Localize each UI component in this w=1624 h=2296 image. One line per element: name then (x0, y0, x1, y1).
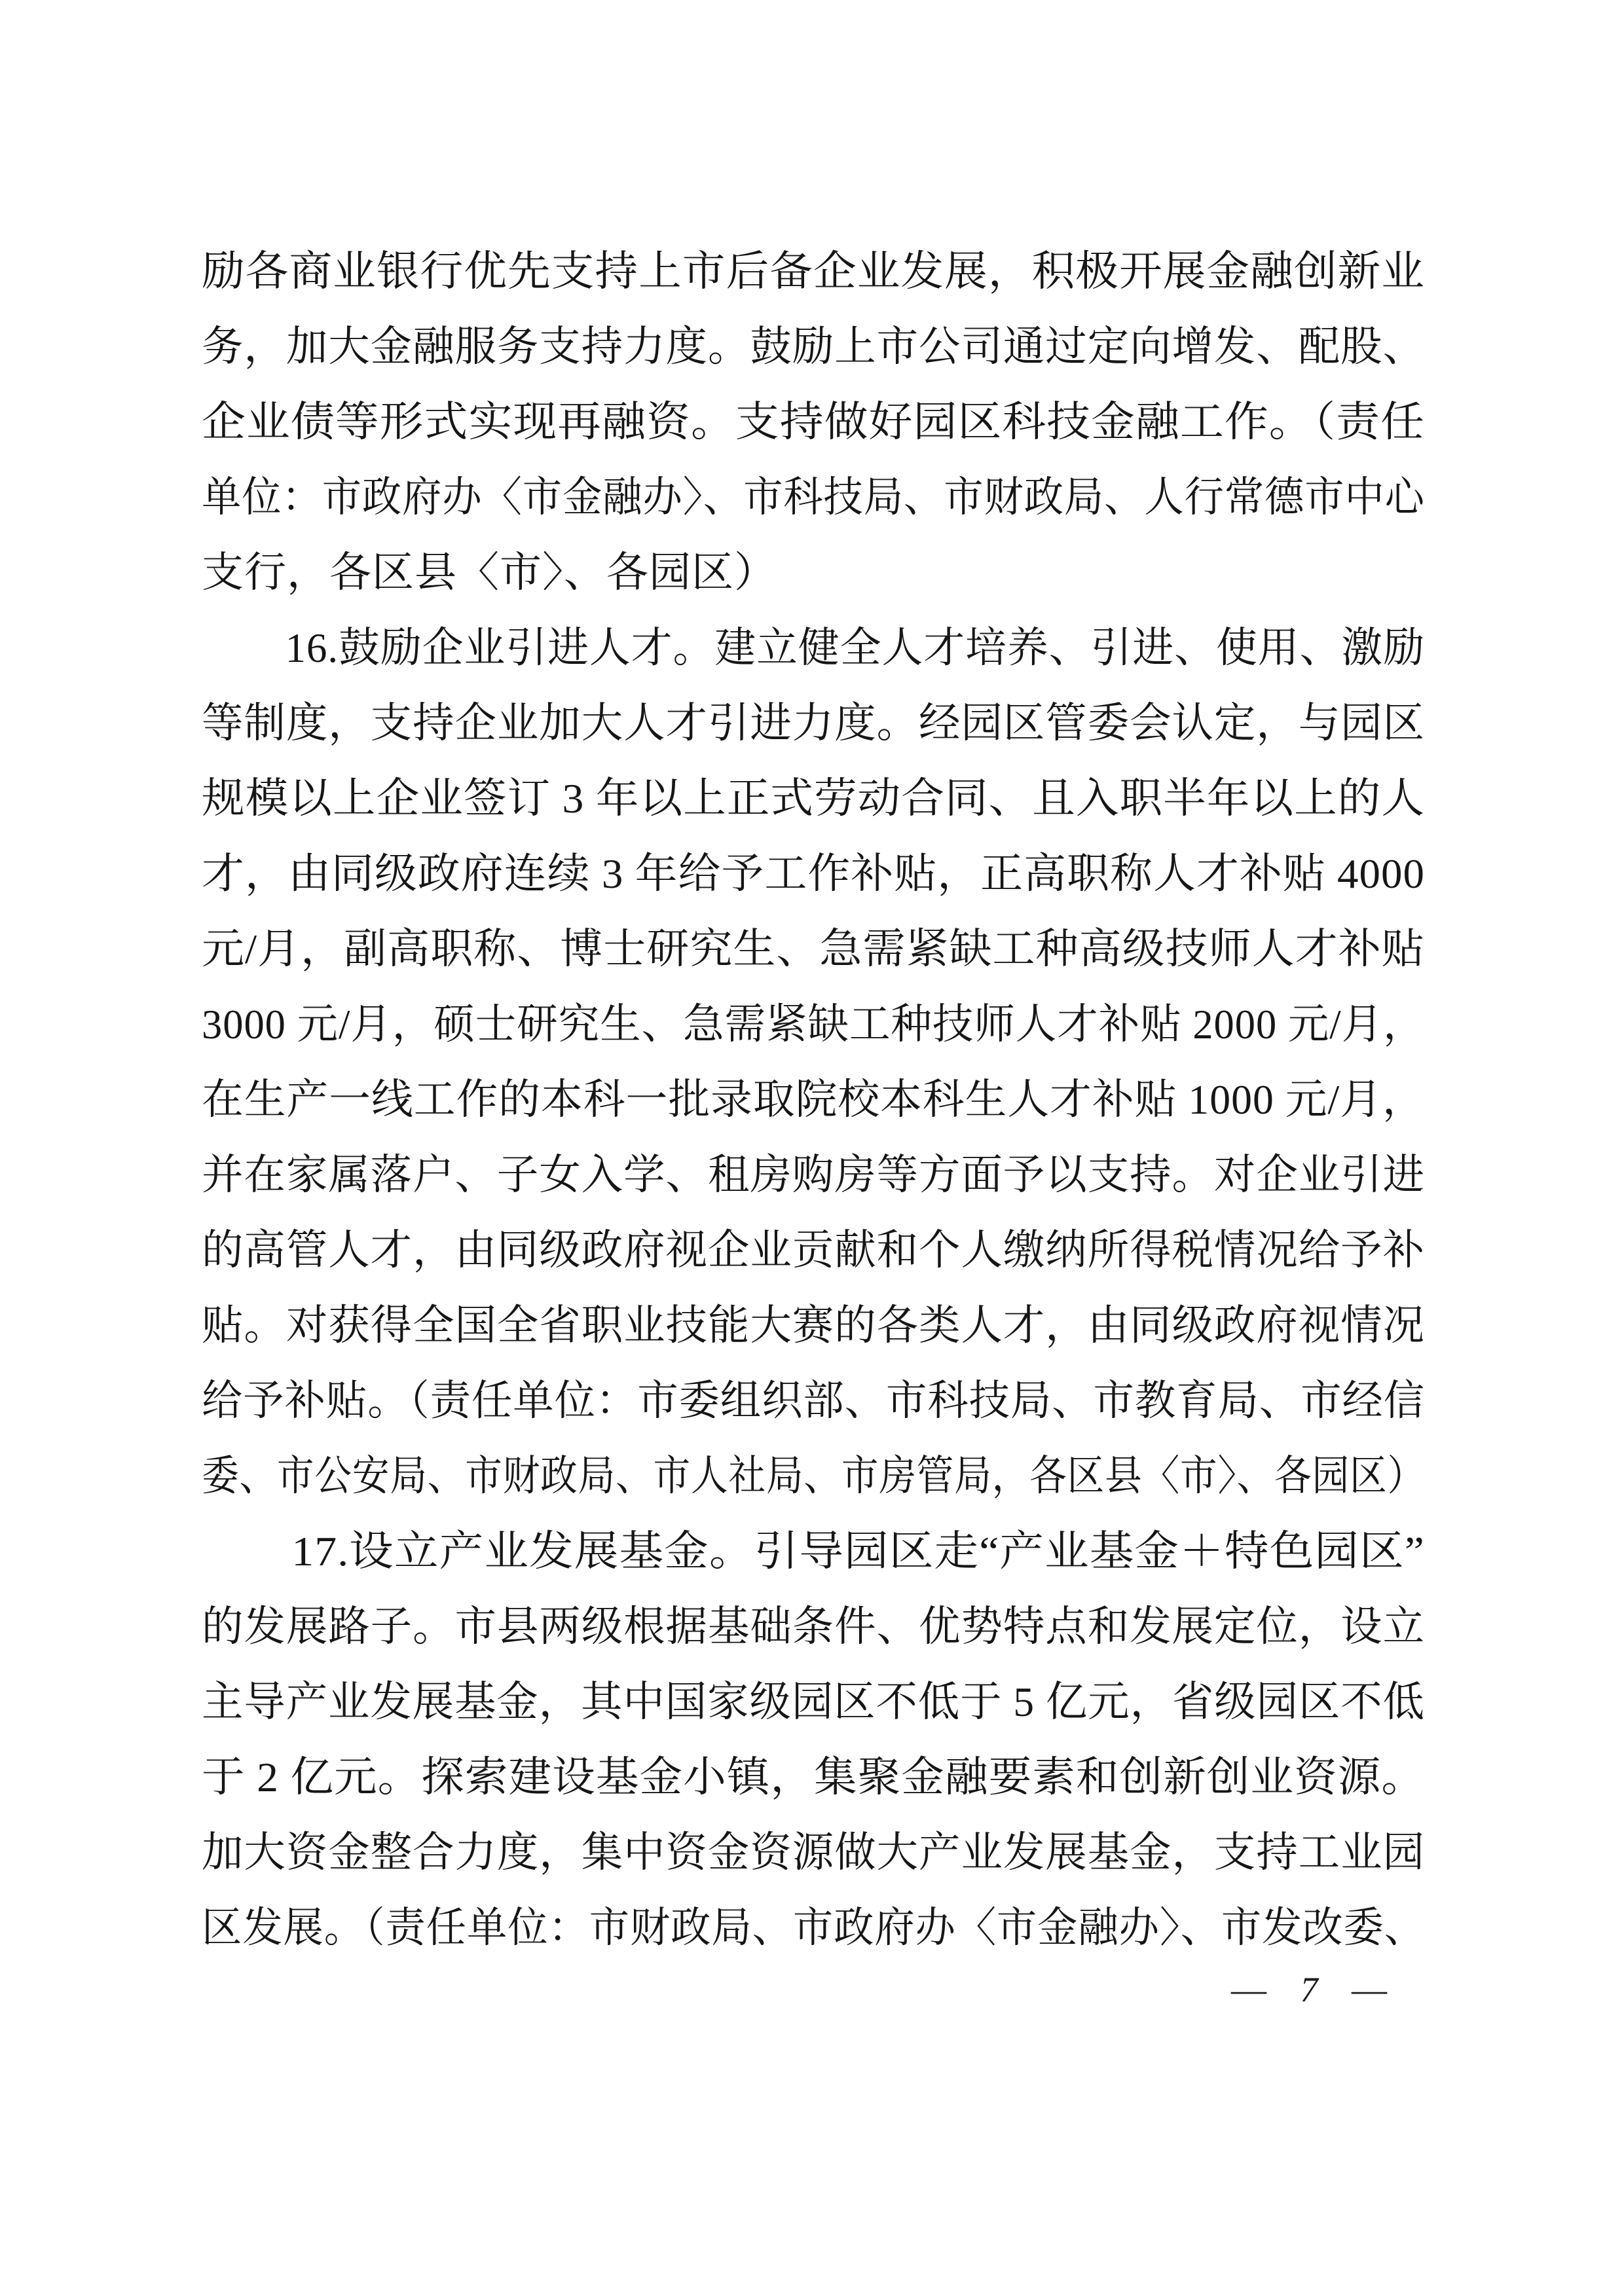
page-number: — 7 — (1231, 1960, 1387, 2019)
text-line: 委、市公安局、市财政局、市人社局、市房管局，各区县〈市〉、各园区） (202, 1438, 1425, 1514)
text-line: 等制度，支持企业加大人才引进力度。经园区管委会认定，与园区 (202, 685, 1425, 761)
text-line: 并在家属落户、子女入学、租房购房等方面予以支持。对企业引进 (202, 1137, 1425, 1212)
text-line: 16.鼓励企业引进人才。建立健全人才培养、引进、使用、激励 (202, 610, 1425, 685)
text-line: 支行，各区县〈市〉、各园区） (202, 535, 1425, 610)
text-line: 务，加大金融服务支持力度。鼓励上市公司通过定向增发、配股、 (202, 309, 1425, 384)
text-line: 贴。对获得全国全省职业技能大赛的各类人才，由同级政府视情况 (202, 1288, 1425, 1363)
text-line: 于 2 亿元。探索建设基金小镇，集聚金融要素和创新创业资源。 (202, 1740, 1425, 1815)
text-line: 17.设立产业发展基金。引导园区走“产业基金＋特色园区” (202, 1514, 1425, 1589)
text-line: 加大资金整合力度，集中资金资源做大产业发展基金，支持工业园 (202, 1815, 1425, 1890)
text-line: 元/月，副高职称、博士研究生、急需紧缺工种高级技师人才补贴 (202, 911, 1425, 987)
text-line: 主导产业发展基金，其中国家级园区不低于 5 亿元，省级园区不低 (202, 1664, 1425, 1740)
page-number-dash-left: — (1231, 1969, 1266, 2010)
document-page: 励各商业银行优先支持上市后备企业发展，积极开展金融创新业务，加大金融服务支持力度… (0, 0, 1624, 2296)
text-line: 单位：市政府办〈市金融办〉、市科技局、市财政局、人行常德市中心 (202, 460, 1425, 535)
text-line: 给予补贴。（责任单位：市委组织部、市科技局、市教育局、市经信 (202, 1363, 1425, 1438)
text-line: 规模以上企业签订 3 年以上正式劳动合同、且入职半年以上的人 (202, 761, 1425, 836)
text-line: 区发展。（责任单位：市财政局、市政府办〈市金融办〉、市发改委、 (202, 1890, 1425, 1965)
text-line: 在生产一线工作的本科一批录取院校本科生人才补贴 1000 元/月， (202, 1062, 1425, 1137)
text-line: 才，由同级政府连续 3 年给予工作补贴，正高职称人才补贴 4000 (202, 836, 1425, 911)
body-text: 励各商业银行优先支持上市后备企业发展，积极开展金融创新业务，加大金融服务支持力度… (202, 234, 1425, 1965)
page-number-dash-right: — (1352, 1969, 1387, 2010)
page-number-value: 7 (1301, 1969, 1318, 2010)
text-line: 的发展路子。市县两级根据基础条件、优势特点和发展定位，设立 (202, 1589, 1425, 1664)
text-line: 励各商业银行优先支持上市后备企业发展，积极开展金融创新业 (202, 234, 1425, 309)
text-line: 3000 元/月，硕士研究生、急需紧缺工种技师人才补贴 2000 元/月， (202, 987, 1425, 1062)
text-line: 的高管人才，由同级政府视企业贡献和个人缴纳所得税情况给予补 (202, 1212, 1425, 1288)
text-line: 企业债等形式实现再融资。支持做好园区科技金融工作。（责任 (202, 384, 1425, 460)
